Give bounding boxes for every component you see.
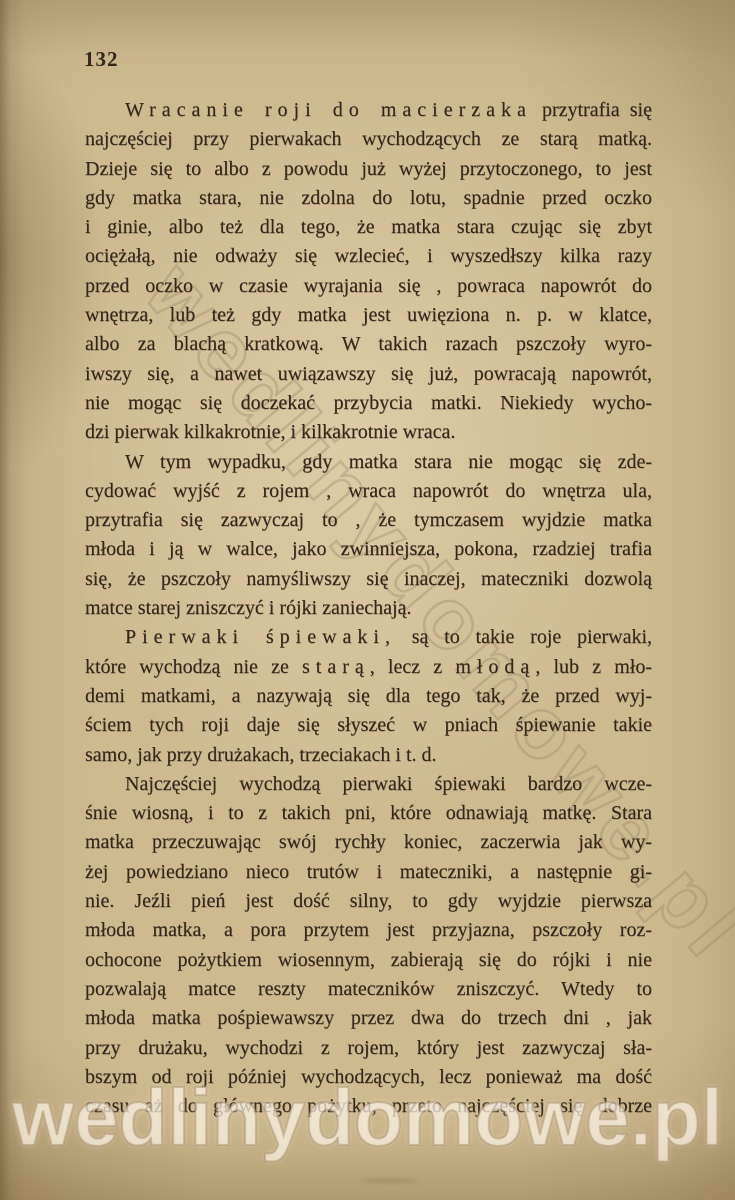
- body-text: się, że pszczoły namyśliwszy się inaczej…: [85, 568, 652, 590]
- text-line: pozwalają matce reszty mateczników znisz…: [85, 975, 652, 1004]
- body-text: ociężałą, nie odważy się wzlecieć, i wys…: [85, 245, 652, 267]
- body-text: pozwalają matce reszty mateczników znisz…: [85, 978, 652, 1000]
- body-text: samo, jak przy drużakach, trzeciakach i …: [85, 744, 437, 766]
- text-line: ociężałą, nie odważy się wzlecieć, i wys…: [85, 242, 652, 271]
- body-text: matce starej zniszczyć i rójki zaniechaj…: [85, 597, 411, 619]
- body-text: W tym wypadku, gdy matka stara nie mogąc…: [125, 451, 652, 473]
- text-line: wnętrza, lub też gdy matka jest uwięzion…: [85, 301, 652, 330]
- text-line: młoda matka, a pora przytem jest przyjaz…: [85, 916, 652, 945]
- body-text: matka przeczuwając swój rychły koniec, z…: [85, 831, 652, 853]
- text-line: żej powiedziano nieco trutów i matecznik…: [85, 858, 652, 887]
- body-text: młoda i ją w walce, jako zwinniejsza, po…: [85, 538, 652, 560]
- text-line: dzi pierwak kilkakrotnie, i kilkakrotnie…: [85, 418, 652, 447]
- body-text: bszym od roji później wychodzących, lecz…: [85, 1066, 652, 1088]
- body-text: są to takie roje pierwaki,: [396, 626, 652, 648]
- paragraph: Wracanie roji do macierzaka przytrafia s…: [85, 96, 652, 448]
- text-line: gdy matka stara, nie zdolna do lotu, spa…: [85, 184, 652, 213]
- letterspaced-text: starą: [302, 656, 370, 678]
- text-line: przed oczko w czasie wyrajania się , pow…: [85, 272, 652, 301]
- body-text: śnie wiosną, i to z takich pni, które od…: [85, 802, 652, 824]
- paper-smudge: [360, 1178, 420, 1183]
- body-text: przytrafia się: [532, 99, 652, 121]
- text-line: Wracanie roji do macierzaka przytrafia s…: [85, 96, 652, 125]
- letterspaced-text: Wracanie roji do macierzaka: [125, 99, 532, 121]
- text-line: przy drużaku, wychodzi z rojem, który je…: [85, 1034, 652, 1063]
- text-line: młoda i ją w walce, jako zwinniejsza, po…: [85, 535, 652, 564]
- body-text: , lecz z: [370, 656, 456, 678]
- paragraph: Pierwaki śpiewaki, są to takie roje pier…: [85, 623, 652, 769]
- body-text: najczęściej przy pierwakach wychodzących…: [85, 128, 652, 150]
- body-text: demi matkami, a nazywają się dla tego ta…: [85, 685, 652, 707]
- text-line: samo, jak przy drużakach, trzeciakach i …: [85, 741, 652, 770]
- body-text: nie. Jeźli pień jest dość silny, to gdy …: [85, 890, 652, 912]
- letterspaced-text: młodą: [455, 656, 535, 678]
- body-text: Najczęściej wychodzą pierwaki śpiewaki b…: [125, 773, 652, 795]
- body-text: czasu aż do głównego pożytku, przeto naj…: [85, 1095, 652, 1117]
- page-number: 132: [84, 47, 119, 72]
- paragraph: Najczęściej wychodzą pierwaki śpiewaki b…: [85, 770, 652, 1122]
- body-text: przed oczko w czasie wyrajania się , pow…: [85, 275, 652, 297]
- text-line: i ginie, albo też dla tego, że matka sta…: [85, 213, 652, 242]
- body-text: albo za blachą kratkową. W takich razach…: [85, 333, 652, 355]
- body-text: nie mogąc się doczekać przybycia matki. …: [85, 392, 652, 414]
- page-text: Wracanie roji do macierzaka przytrafia s…: [85, 96, 652, 1121]
- text-line: albo za blachą kratkową. W takich razach…: [85, 330, 652, 359]
- text-line: Dzieje się to albo z powodu już wyżej pr…: [85, 155, 652, 184]
- body-text: przy drużaku, wychodzi z rojem, który je…: [85, 1037, 652, 1059]
- letterspaced-text: Pierwaki śpiewaki,: [125, 626, 396, 648]
- body-text: ochocone pożytkiem wiosennym, zabierają …: [85, 949, 652, 971]
- body-text: ściem tych roji daje się słyszeć w pniac…: [85, 714, 652, 736]
- text-line: przytrafia się zazwyczaj to , że tymczas…: [85, 506, 652, 535]
- text-line: matce starej zniszczyć i rójki zaniechaj…: [85, 594, 652, 623]
- body-text: iwszy się, a nawet uwiązawszy się już, p…: [85, 363, 652, 385]
- text-line: młoda matka pośpiewawszy przez dwa do tr…: [85, 1004, 652, 1033]
- paragraph: W tym wypadku, gdy matka stara nie mogąc…: [85, 448, 652, 624]
- body-text: gdy matka stara, nie zdolna do lotu, spa…: [85, 187, 652, 209]
- text-line: które wychodzą nie ze starą, lecz z młod…: [85, 653, 652, 682]
- body-text: żej powiedziano nieco trutów i matecznik…: [85, 861, 652, 883]
- text-line: nie mogąc się doczekać przybycia matki. …: [85, 389, 652, 418]
- body-text: cydować wyjść z rojem , wraca napowrót d…: [85, 480, 652, 502]
- text-line: cydować wyjść z rojem , wraca napowrót d…: [85, 477, 652, 506]
- body-text: Dzieje się to albo z powodu już wyżej pr…: [85, 158, 652, 180]
- body-text: młoda matka, a pora przytem jest przyjaz…: [85, 919, 652, 941]
- text-line: czasu aż do głównego pożytku, przeto naj…: [85, 1092, 652, 1121]
- text-line: iwszy się, a nawet uwiązawszy się już, p…: [85, 360, 652, 389]
- body-text: , lub z mło-: [535, 656, 652, 678]
- text-line: nie. Jeźli pień jest dość silny, to gdy …: [85, 887, 652, 916]
- body-text: wnętrza, lub też gdy matka jest uwięzion…: [85, 304, 652, 326]
- text-line: się, że pszczoły namyśliwszy się inaczej…: [85, 565, 652, 594]
- text-line: W tym wypadku, gdy matka stara nie mogąc…: [85, 448, 652, 477]
- text-line: Najczęściej wychodzą pierwaki śpiewaki b…: [85, 770, 652, 799]
- text-line: najczęściej przy pierwakach wychodzących…: [85, 125, 652, 154]
- text-line: bszym od roji później wychodzących, lecz…: [85, 1063, 652, 1092]
- text-line: ściem tych roji daje się słyszeć w pniac…: [85, 711, 652, 740]
- scanned-book-page: 132 wedlinydomowe.pl Wracanie roji do ma…: [0, 0, 735, 1200]
- text-line: Pierwaki śpiewaki, są to takie roje pier…: [85, 623, 652, 652]
- body-text: przytrafia się zazwyczaj to , że tymczas…: [85, 509, 652, 531]
- text-line: ochocone pożytkiem wiosennym, zabierają …: [85, 946, 652, 975]
- body-text: dzi pierwak kilkakrotnie, i kilkakrotnie…: [85, 421, 455, 443]
- text-line: matka przeczuwając swój rychły koniec, z…: [85, 828, 652, 857]
- text-line: demi matkami, a nazywają się dla tego ta…: [85, 682, 652, 711]
- text-line: śnie wiosną, i to z takich pni, które od…: [85, 799, 652, 828]
- body-text: które wychodzą nie ze: [85, 656, 302, 678]
- body-text: młoda matka pośpiewawszy przez dwa do tr…: [85, 1007, 652, 1029]
- body-text: i ginie, albo też dla tego, że matka sta…: [85, 216, 652, 238]
